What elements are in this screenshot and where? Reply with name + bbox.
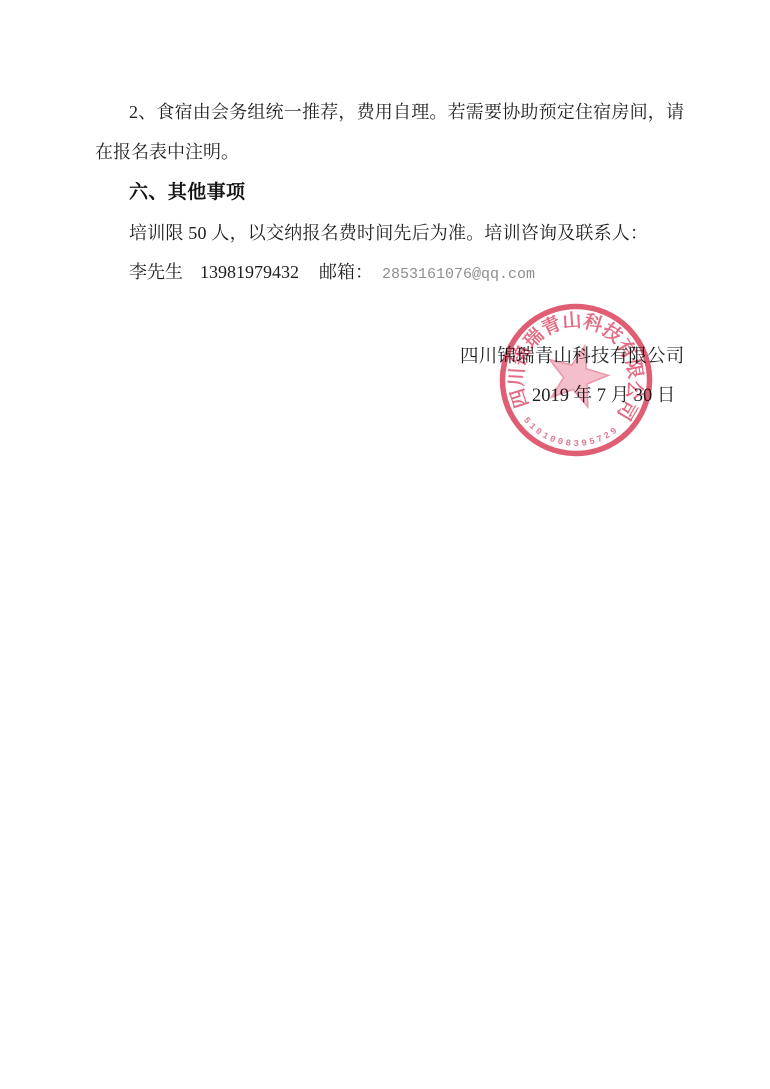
section-heading-other-matters: 六、其他事项 <box>129 182 245 205</box>
contact-line: 李先生13981979432邮箱：2853161076@qq.com <box>129 262 535 284</box>
paragraph-accommodation-line1: 2、食宿由会务组统一推荐，费用自理。若需要协助预定住宿房间，请 <box>129 102 684 124</box>
paragraph-accommodation-line2: 在报名表中注明。 <box>95 142 239 164</box>
contact-phone: 13981979432 <box>200 262 299 282</box>
company-seal: 四川锦瑞青山科技有限公司 5101008395729 <box>476 280 676 480</box>
seal-outer-ring <box>494 298 658 462</box>
contact-name: 李先生 <box>129 262 183 282</box>
seal-serial-number: 5101008395729 <box>519 415 620 455</box>
contact-email: 2853161076@qq.com <box>382 266 535 283</box>
seal-serial-container: 5101008395729 <box>519 415 620 455</box>
contact-email-label: 邮箱： <box>319 262 373 282</box>
signature-company-name: 四川锦瑞青山科技有限公司 <box>460 346 684 368</box>
paragraph-training-note: 培训限 50 人，以交纳报名费时间先后为准。培训咨询及联系人： <box>129 223 648 245</box>
signature-date: 2019 年 7 月 30 日 <box>532 385 675 407</box>
document-page: 2、食宿由会务组统一推荐，费用自理。若需要协助预定住宿房间，请 在报名表中注明。… <box>0 0 770 1089</box>
